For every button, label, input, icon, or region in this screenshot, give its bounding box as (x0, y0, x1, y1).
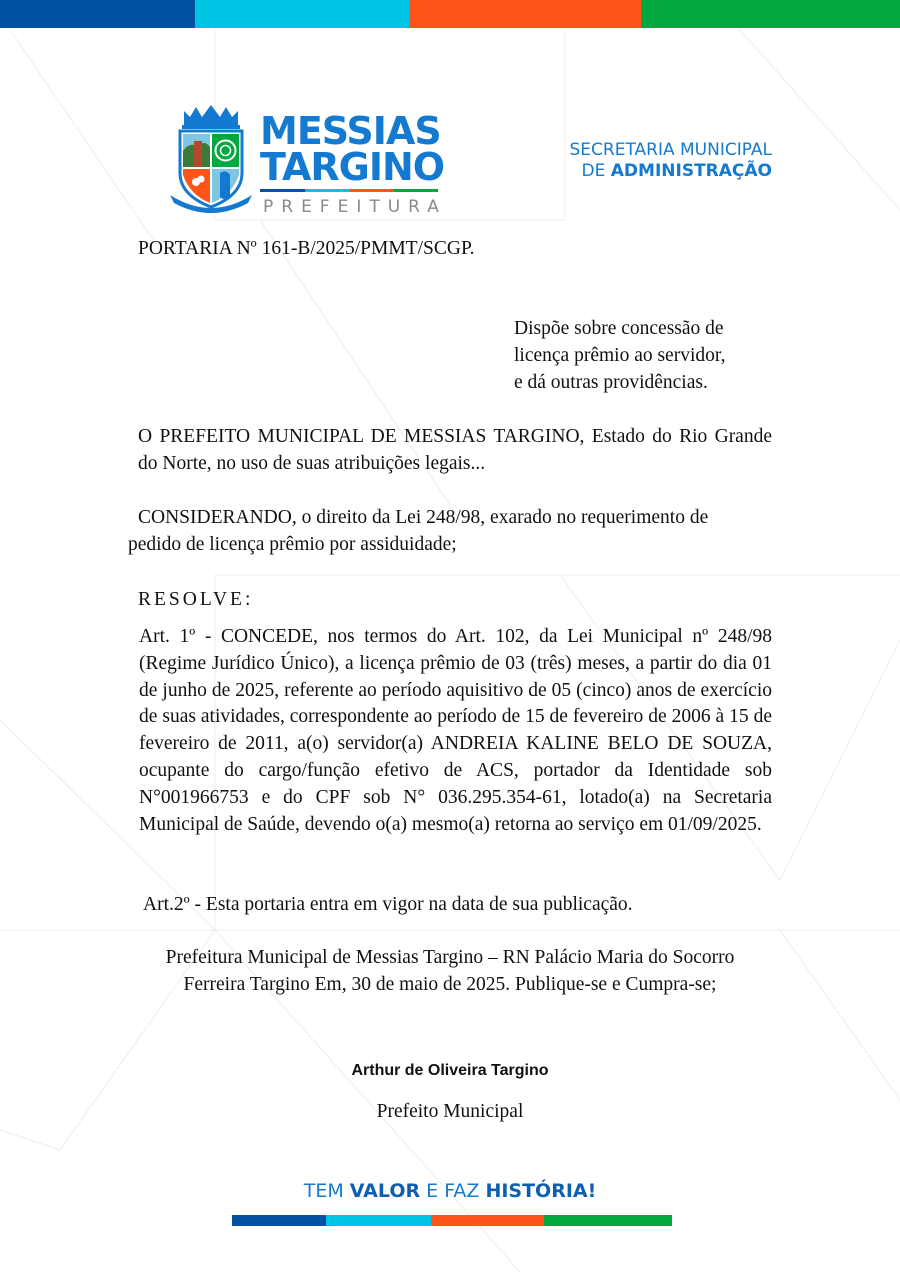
secretaria-prefix: DE (582, 161, 611, 181)
closing-line-2: Ferreira Targino Em, 30 de maio de 2025.… (130, 971, 770, 998)
article-1: Art. 1º - CONCEDE, nos termos do Art. 10… (139, 624, 772, 838)
signer-name: Arthur de Oliveira Targino (0, 1062, 900, 1080)
top-bar-blue (0, 0, 195, 28)
ementa-line: licença prêmio ao servidor, (514, 342, 725, 369)
considerando-rest: pedido de licença prêmio por assiduidade… (128, 532, 772, 559)
bottom-color-bar (232, 1215, 672, 1226)
bottom-bar-orange (431, 1215, 544, 1226)
slogan-emphasis: HISTÓRIA! (485, 1180, 596, 1202)
resolve-heading: RESOLVE: (138, 587, 253, 614)
portaria-number: PORTARIA Nº 161-B/2025/PMMT/SCGP. (138, 236, 475, 263)
considerando-first-line: CONSIDERANDO, o direito da Lei 248/98, e… (128, 505, 772, 532)
footer-slogan: TEM VALOR E FAZ HISTÓRIA! (0, 1180, 900, 1202)
ementa-line: e dá outras providências. (514, 369, 725, 396)
brand-line-1: MESSIAS (260, 113, 447, 149)
bottom-bar-cyan (326, 1215, 431, 1226)
article-2: Art.2º - Esta portaria entra em vigor na… (143, 892, 633, 919)
slogan-part: E FAZ (420, 1180, 485, 1202)
secretaria-bold: ADMINISTRAÇÃO (611, 161, 772, 181)
top-bar-cyan (195, 0, 409, 28)
bottom-bar-blue (232, 1215, 326, 1226)
ementa: Dispõe sobre concessão de licença prêmio… (514, 315, 725, 396)
bottom-bar-green (544, 1215, 672, 1226)
signer-role: Prefeito Municipal (0, 1101, 900, 1123)
slogan-emphasis: VALOR (350, 1180, 420, 1202)
secretaria-heading: SECRETARIA MUNICIPAL DE ADMINISTRAÇÃO (570, 140, 773, 182)
ementa-line: Dispõe sobre concessão de (514, 315, 725, 342)
brand-subtitle: PREFEITURA (260, 197, 447, 217)
top-bar-orange (409, 0, 641, 28)
secretaria-line-1: SECRETARIA MUNICIPAL (570, 140, 773, 161)
closing-statement: Prefeitura Municipal de Messias Targino … (130, 944, 770, 998)
closing-line-1: Prefeitura Municipal de Messias Targino … (130, 944, 770, 971)
top-bar-green (641, 0, 900, 28)
considerando: CONSIDERANDO, o direito da Lei 248/98, e… (128, 505, 772, 559)
slogan-part: TEM (304, 1180, 350, 1202)
brand-color-rule (260, 189, 438, 192)
brand-wordmark: MESSIAS TARGINO PREFEITURA (260, 113, 447, 217)
preamble: O PREFEITO MUNICIPAL DE MESSIAS TARGINO,… (138, 424, 772, 478)
prefeitura-logo: MESSIAS TARGINO PREFEITURA (168, 103, 443, 215)
secretaria-line-2: DE ADMINISTRAÇÃO (570, 161, 773, 182)
coat-of-arms-icon (168, 103, 254, 213)
top-color-bar (0, 0, 900, 28)
brand-line-2: TARGINO (260, 149, 447, 185)
